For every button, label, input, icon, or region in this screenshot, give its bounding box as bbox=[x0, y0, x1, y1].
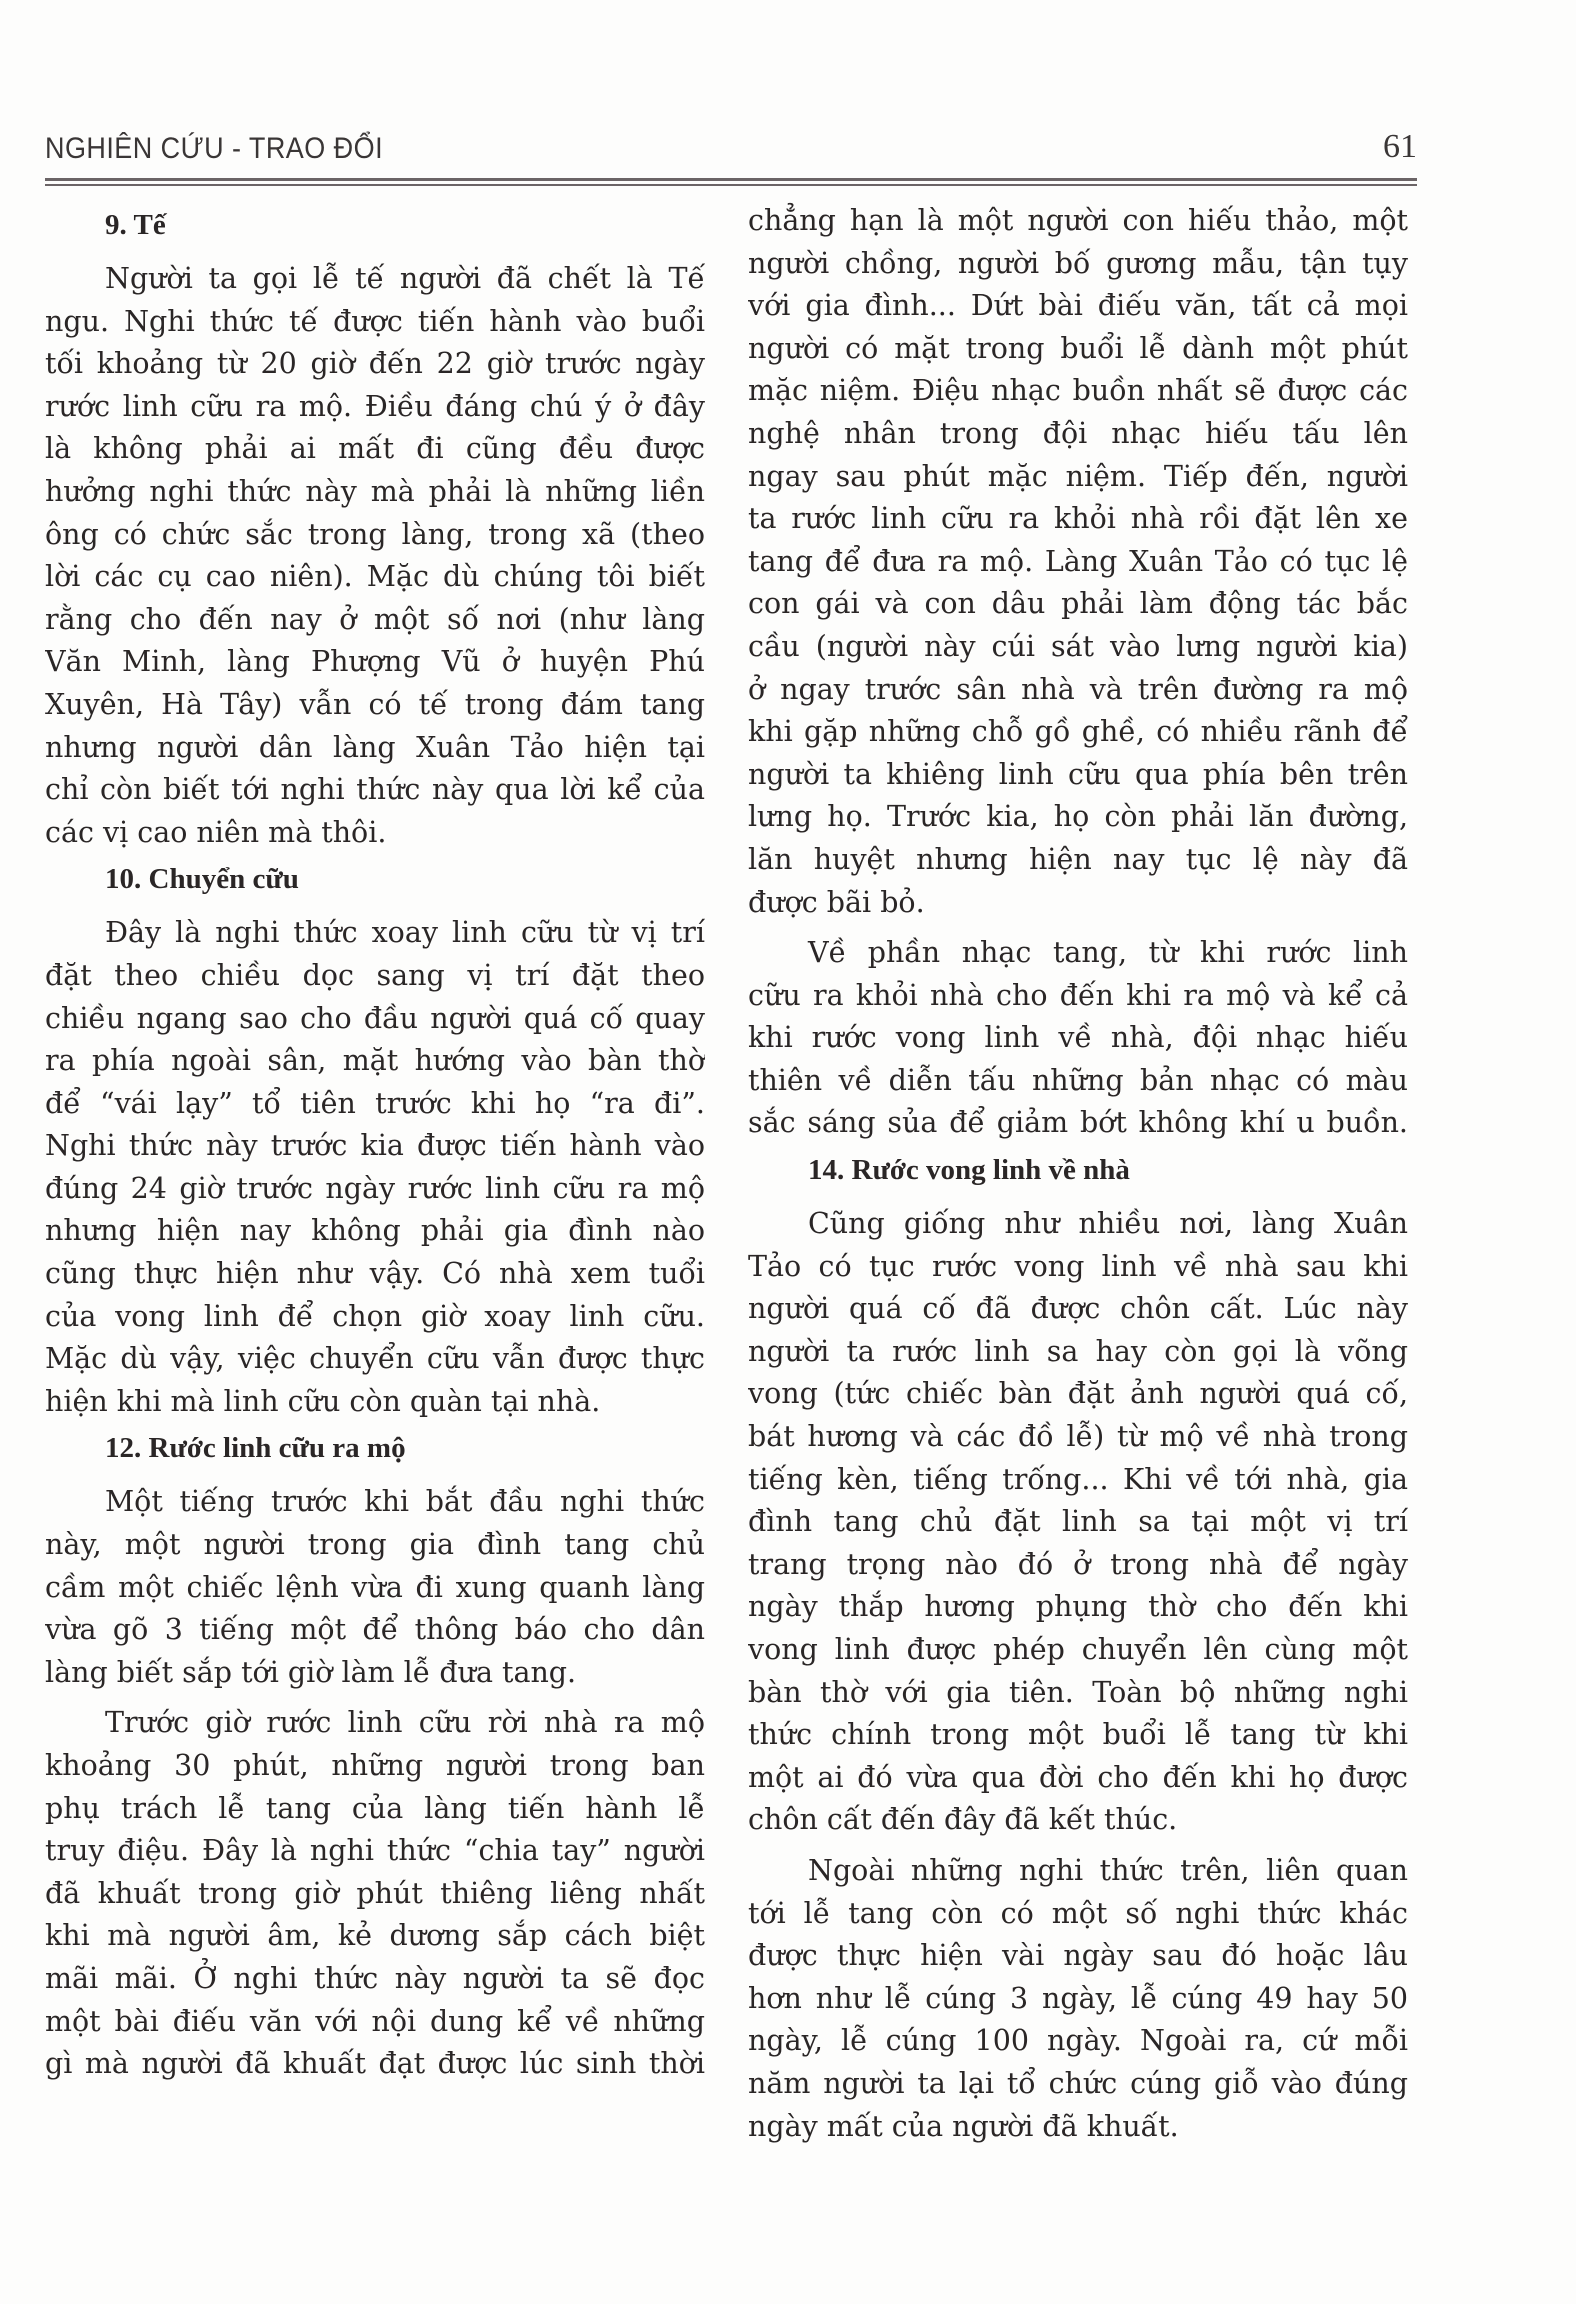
text-line: người quá cố đã được chôn cất. Lúc này bbox=[748, 1288, 1408, 1331]
text-line: vong (tức chiếc bàn đặt ảnh người quá cố… bbox=[748, 1373, 1408, 1416]
text-line-content: sắc sáng sủa để giảm bớt không khí u buồ… bbox=[748, 1102, 1408, 1145]
paragraph-te: Người ta gọi lễ tế người đã chết là Tế n… bbox=[45, 258, 705, 854]
paragraph-closing: Ngoài những nghi thức trên, liên quan tớ… bbox=[748, 1850, 1408, 2148]
text-line-content: cữu ra khỏi nhà cho đến khi ra mộ và kể … bbox=[748, 975, 1408, 1018]
text-line-content: Cũng giống như nhiều nơi, làng Xuân bbox=[808, 1203, 1408, 1246]
spacer bbox=[748, 1195, 1408, 1203]
text-line-content: Về phần nhạc tang, từ khi rước linh bbox=[808, 932, 1408, 975]
text-line-content: người ta rước linh sa hay còn gọi là võn… bbox=[748, 1331, 1408, 1374]
text-line: trang trọng nào đó ở trong nhà để ngày bbox=[748, 1544, 1408, 1587]
text-line-content: chiều ngang sao cho đầu người quá cố qua… bbox=[45, 998, 705, 1041]
text-line-content: các vị cao niên mà thôi. bbox=[45, 812, 705, 855]
text-line-content: một ai đó vừa qua đời cho đến khi họ đượ… bbox=[748, 1757, 1408, 1800]
text-line: một bài điếu văn với nội dung kể về nhữn… bbox=[45, 2001, 705, 2044]
text-line: Đây là nghi thức xoay linh cữu từ vị trí bbox=[45, 912, 705, 955]
text-line: Người ta gọi lễ tế người đã chết là Tế bbox=[45, 258, 705, 301]
text-line: tới lễ tang còn có một số nghi thức khác bbox=[748, 1893, 1408, 1936]
text-line: chẳng hạn là một người con hiếu thảo, mộ… bbox=[748, 200, 1408, 243]
spacer bbox=[45, 904, 705, 912]
text-line: Tảo có tục rước vong linh về nhà sau khi bbox=[748, 1246, 1408, 1289]
text-line: các vị cao niên mà thôi. bbox=[45, 812, 705, 855]
text-line-content: tới lễ tang còn có một số nghi thức khác bbox=[748, 1893, 1408, 1936]
text-line-content: khi gặp những chỗ gồ ghề, có nhiều rãnh … bbox=[748, 711, 1408, 754]
text-line: con gái và con dâu phải làm động tác bắc bbox=[748, 583, 1408, 626]
section-heading-10: 10. Chuyển cữu bbox=[45, 854, 705, 904]
text-line: mặc niệm. Điệu nhạc buồn nhất sẽ được cá… bbox=[748, 370, 1408, 413]
text-line-content: cầu (người này cúi sát vào lưng người ki… bbox=[748, 626, 1408, 669]
text-line: ra phía ngoài sân, mặt hướng vào bàn thờ bbox=[45, 1040, 705, 1083]
text-line-content: khi mà người âm, kẻ dương sắp cách biệt bbox=[45, 1915, 705, 1958]
text-line: người ta rước linh sa hay còn gọi là võn… bbox=[748, 1331, 1408, 1374]
text-line: người ta khiêng linh cữu qua phía bên tr… bbox=[748, 754, 1408, 797]
text-line: ngày mất của người đã khuất. bbox=[748, 2106, 1408, 2149]
text-line-content: của vong linh để chọn giờ xoay linh cữu. bbox=[45, 1296, 705, 1339]
text-line: khi mà người âm, kẻ dương sắp cách biệt bbox=[45, 1915, 705, 1958]
text-line: lăn huyệt nhưng hiện nay tục lệ này đã bbox=[748, 839, 1408, 882]
text-line-content: được bãi bỏ. bbox=[748, 882, 1408, 925]
text-line-content: Mặc dù vậy, việc chuyển cữu vẫn được thự… bbox=[45, 1338, 705, 1381]
text-line: Mặc dù vậy, việc chuyển cữu vẫn được thự… bbox=[45, 1338, 705, 1381]
paragraph-nhac-tang: Về phần nhạc tang, từ khi rước linh cữu … bbox=[748, 932, 1408, 1145]
text-line-content: bát hương và các đồ lễ) từ mộ về nhà tro… bbox=[748, 1416, 1408, 1459]
text-line-content: được thực hiện vài ngày sau đó hoặc lâu bbox=[748, 1935, 1408, 1978]
text-line: hiện khi mà linh cữu còn quàn tại nhà. bbox=[45, 1381, 705, 1424]
text-line: chỉ còn biết tới nghi thức này qua lời k… bbox=[45, 769, 705, 812]
text-line-content: nhưng hiện nay không phải gia đình nào bbox=[45, 1210, 705, 1253]
text-line: tiếng kèn, tiếng trống... Khi về tới nhà… bbox=[748, 1459, 1408, 1502]
text-line: bát hương và các đồ lễ) từ mộ về nhà tro… bbox=[748, 1416, 1408, 1459]
text-line-content: rằng cho đến nay ở một số nơi (như làng bbox=[45, 599, 705, 642]
text-line: lưng họ. Trước kia, họ còn phải lăn đườn… bbox=[748, 796, 1408, 839]
text-line: sắc sáng sủa để giảm bớt không khí u buồ… bbox=[748, 1102, 1408, 1145]
text-line: này, một người trong gia đình tang chủ bbox=[45, 1524, 705, 1567]
text-line: Văn Minh, làng Phượng Vũ ở huyện Phú bbox=[45, 641, 705, 684]
text-line: khi gặp những chỗ gồ ghề, có nhiều rãnh … bbox=[748, 711, 1408, 754]
text-line: với gia đình... Dứt bài điếu văn, tất cả… bbox=[748, 285, 1408, 328]
spacer bbox=[45, 1473, 705, 1481]
text-line: đình tang chủ đặt linh sa tại một vị trí bbox=[748, 1501, 1408, 1544]
text-line-content: ngày thắp hương phụng thờ cho đến khi bbox=[748, 1586, 1408, 1629]
paragraph-ruoc-linh-cuu-2: Trước giờ rước linh cữu rời nhà ra mộ kh… bbox=[45, 1702, 705, 2085]
text-line-content: vong (tức chiếc bàn đặt ảnh người quá cố… bbox=[748, 1373, 1408, 1416]
text-line: hơn như lễ cúng 3 ngày, lễ cúng 49 hay 5… bbox=[748, 1978, 1408, 2021]
text-line-content: chôn cất đến đây đã kết thúc. bbox=[748, 1799, 1408, 1842]
text-line: Một tiếng trước khi bắt đầu nghi thức bbox=[45, 1481, 705, 1524]
right-column: chẳng hạn là một người con hiếu thảo, mộ… bbox=[748, 200, 1408, 2148]
text-line: Cũng giống như nhiều nơi, làng Xuân bbox=[748, 1203, 1408, 1246]
text-line-content: một bài điếu văn với nội dung kể về nhữn… bbox=[45, 2001, 705, 2044]
text-line-content: Ngoài những nghi thức trên, liên quan bbox=[808, 1850, 1408, 1893]
section-heading-9: 9. Tế bbox=[45, 200, 705, 250]
text-line: của vong linh để chọn giờ xoay linh cữu. bbox=[45, 1296, 705, 1339]
text-line-content: rước linh cữu ra mộ. Điều đáng chú ý ở đ… bbox=[45, 386, 705, 429]
text-line-content: đặt theo chiều dọc sang vị trí đặt theo bbox=[45, 955, 705, 998]
text-line: nhưng hiện nay không phải gia đình nào bbox=[45, 1210, 705, 1253]
text-line-content: Xuyên, Hà Tây) vẫn có tế trong đám tang bbox=[45, 684, 705, 727]
text-line: ngày thắp hương phụng thờ cho đến khi bbox=[748, 1586, 1408, 1629]
section-heading-12: 12. Rước linh cữu ra mộ bbox=[45, 1423, 705, 1473]
header-rule-thick bbox=[45, 178, 1417, 181]
text-line-content: Nghi thức này trước kia được tiến hành v… bbox=[45, 1125, 705, 1168]
text-line-content: ông có chức sắc trong làng, trong xã (th… bbox=[45, 514, 705, 557]
paragraph-ruoc-linh-cuu-1: Một tiếng trước khi bắt đầu nghi thức nà… bbox=[45, 1481, 705, 1694]
text-line-content: nhưng người dân làng Xuân Tảo hiện tại bbox=[45, 727, 705, 770]
header-rule-thin bbox=[45, 184, 1417, 186]
paragraph-chuyen-cuu: Đây là nghi thức xoay linh cữu từ vị trí… bbox=[45, 912, 705, 1423]
text-line-content: người ta khiêng linh cữu qua phía bên tr… bbox=[748, 754, 1408, 797]
text-line-content: gì mà người đã khuất đạt được lúc sinh t… bbox=[45, 2043, 705, 2086]
text-line-content: Người ta gọi lễ tế người đã chết là Tế bbox=[105, 258, 705, 301]
text-line-content: vừa gõ 3 tiếng một để thông báo cho dân bbox=[45, 1609, 705, 1652]
text-line-content: Trước giờ rước linh cữu rời nhà ra mộ bbox=[105, 1702, 705, 1745]
text-line-content: đúng 24 giờ trước ngày rước linh cữu ra … bbox=[45, 1168, 705, 1211]
spacer bbox=[45, 1694, 705, 1702]
text-line-content: ta rước linh cữu ra khỏi nhà rồi đặt lên… bbox=[748, 498, 1408, 541]
text-line: rằng cho đến nay ở một số nơi (như làng bbox=[45, 599, 705, 642]
text-line: vong linh được phép chuyển lên cùng một bbox=[748, 1629, 1408, 1672]
text-line: cũng thực hiện như vậy. Có nhà xem tuổi bbox=[45, 1253, 705, 1296]
section-heading-14: 14. Rước vong linh về nhà bbox=[748, 1145, 1408, 1195]
text-line: để “vái lạy” tổ tiên trước khi họ “ra đi… bbox=[45, 1083, 705, 1126]
text-line-content: với gia đình... Dứt bài điếu văn, tất cả… bbox=[748, 285, 1408, 328]
text-line-content: người quá cố đã được chôn cất. Lúc này bbox=[748, 1288, 1408, 1331]
text-line: nhưng người dân làng Xuân Tảo hiện tại bbox=[45, 727, 705, 770]
text-line-content: ra phía ngoài sân, mặt hướng vào bàn thờ bbox=[45, 1040, 705, 1083]
text-line-content: bàn thờ với gia tiên. Toàn bộ những nghi bbox=[748, 1672, 1408, 1715]
text-line: Ngoài những nghi thức trên, liên quan bbox=[748, 1850, 1408, 1893]
text-line-content: thức chính trong một buổi lễ tang từ khi bbox=[748, 1714, 1408, 1757]
text-line-content: khoảng 30 phút, những người trong ban bbox=[45, 1745, 705, 1788]
text-line: ngày, lễ cúng 100 ngày. Ngoài ra, cứ mỗi bbox=[748, 2020, 1408, 2063]
text-line-content: lưng họ. Trước kia, họ còn phải lăn đườn… bbox=[748, 796, 1408, 839]
text-line-content: làng biết sắp tới giờ làm lễ đưa tang. bbox=[45, 1652, 705, 1695]
text-line-content: chỉ còn biết tới nghi thức này qua lời k… bbox=[45, 769, 705, 812]
text-line: thức chính trong một buổi lễ tang từ khi bbox=[748, 1714, 1408, 1757]
text-line: ở ngay trước sân nhà và trên đường ra mộ bbox=[748, 669, 1408, 712]
text-line-content: truy điệu. Đây là nghi thức “chia tay” n… bbox=[45, 1830, 705, 1873]
text-line: khi rước vong linh về nhà, đội nhạc hiếu bbox=[748, 1017, 1408, 1060]
spacer bbox=[748, 1842, 1408, 1850]
text-line-content: thiên về diễn tấu những bản nhạc có màu bbox=[748, 1060, 1408, 1103]
text-line: được bãi bỏ. bbox=[748, 882, 1408, 925]
text-line-content: ở ngay trước sân nhà và trên đường ra mộ bbox=[748, 669, 1408, 712]
text-line-content: tiếng kèn, tiếng trống... Khi về tới nhà… bbox=[748, 1459, 1408, 1502]
text-line-content: con gái và con dâu phải làm động tác bắc bbox=[748, 583, 1408, 626]
text-line-content: cũng thực hiện như vậy. Có nhà xem tuổi bbox=[45, 1253, 705, 1296]
text-line: là không phải ai mất đi cũng đều được bbox=[45, 428, 705, 471]
text-line: Trước giờ rước linh cữu rời nhà ra mộ bbox=[45, 1702, 705, 1745]
text-line: làng biết sắp tới giờ làm lễ đưa tang. bbox=[45, 1652, 705, 1695]
text-line: truy điệu. Đây là nghi thức “chia tay” n… bbox=[45, 1830, 705, 1873]
text-line-content: người có mặt trong buổi lễ dành một phút bbox=[748, 328, 1408, 371]
text-line: lời các cụ cao niên). Mặc dù chúng tôi b… bbox=[45, 556, 705, 599]
text-line: phụ trách lễ tang của làng tiến hành lễ bbox=[45, 1788, 705, 1831]
text-line-content: phụ trách lễ tang của làng tiến hành lễ bbox=[45, 1788, 705, 1831]
paragraph-continuation: chẳng hạn là một người con hiếu thảo, mộ… bbox=[748, 200, 1408, 924]
spacer bbox=[45, 250, 705, 258]
text-line-content: ngay sau phút mặc niệm. Tiếp đến, người bbox=[748, 456, 1408, 499]
text-line: một ai đó vừa qua đời cho đến khi họ đượ… bbox=[748, 1757, 1408, 1800]
text-line: cầu (người này cúi sát vào lưng người ki… bbox=[748, 626, 1408, 669]
text-line-content: Đây là nghi thức xoay linh cữu từ vị trí bbox=[105, 912, 705, 955]
text-line-content: lời các cụ cao niên). Mặc dù chúng tôi b… bbox=[45, 556, 705, 599]
text-line: khoảng 30 phút, những người trong ban bbox=[45, 1745, 705, 1788]
text-line-content: mãi mãi. Ở nghi thức này người ta sẽ đọc bbox=[45, 1958, 705, 2001]
text-line: đúng 24 giờ trước ngày rước linh cữu ra … bbox=[45, 1168, 705, 1211]
text-line-content: người chồng, người bố gương mẫu, tận tụy bbox=[748, 243, 1408, 286]
text-line: ngu. Nghi thức tế được tiến hành vào buổ… bbox=[45, 301, 705, 344]
text-line-content: này, một người trong gia đình tang chủ bbox=[45, 1524, 705, 1567]
section-title: NGHIÊN CỨU - TRAO ĐỔI bbox=[45, 132, 383, 166]
text-line: chiều ngang sao cho đầu người quá cố qua… bbox=[45, 998, 705, 1041]
text-line: thiên về diễn tấu những bản nhạc có màu bbox=[748, 1060, 1408, 1103]
text-line: tối khoảng từ 20 giờ đến 22 giờ trước ng… bbox=[45, 343, 705, 386]
text-line: cầm một chiếc lệnh vừa đi xung quanh làn… bbox=[45, 1567, 705, 1610]
text-line-content: để “vái lạy” tổ tiên trước khi họ “ra đi… bbox=[45, 1083, 705, 1126]
text-line-content: Tảo có tục rước vong linh về nhà sau khi bbox=[748, 1246, 1408, 1289]
text-line-content: ngày mất của người đã khuất. bbox=[748, 2106, 1408, 2149]
text-line: cữu ra khỏi nhà cho đến khi ra mộ và kể … bbox=[748, 975, 1408, 1018]
text-line: rước linh cữu ra mộ. Điều đáng chú ý ở đ… bbox=[45, 386, 705, 429]
text-line: ngay sau phút mặc niệm. Tiếp đến, người bbox=[748, 456, 1408, 499]
text-line-content: năm người ta lại tổ chức cúng giỗ vào đú… bbox=[748, 2063, 1408, 2106]
text-line: chôn cất đến đây đã kết thúc. bbox=[748, 1799, 1408, 1842]
text-line-content: lăn huyệt nhưng hiện nay tục lệ này đã bbox=[748, 839, 1408, 882]
text-line-content: hiện khi mà linh cữu còn quàn tại nhà. bbox=[45, 1381, 705, 1424]
text-line: ông có chức sắc trong làng, trong xã (th… bbox=[45, 514, 705, 557]
text-line-content: cầm một chiếc lệnh vừa đi xung quanh làn… bbox=[45, 1567, 705, 1610]
text-line-content: khi rước vong linh về nhà, đội nhạc hiếu bbox=[748, 1017, 1408, 1060]
text-line-content: đình tang chủ đặt linh sa tại một vị trí bbox=[748, 1501, 1408, 1544]
spacer bbox=[748, 924, 1408, 932]
text-line-content: vong linh được phép chuyển lên cùng một bbox=[748, 1629, 1408, 1672]
text-line: bàn thờ với gia tiên. Toàn bộ những nghi bbox=[748, 1672, 1408, 1715]
paragraph-ruoc-vong-linh: Cũng giống như nhiều nơi, làng Xuân Tảo … bbox=[748, 1203, 1408, 1842]
text-line: mãi mãi. Ở nghi thức này người ta sẽ đọc bbox=[45, 1958, 705, 2001]
text-line: gì mà người đã khuất đạt được lúc sinh t… bbox=[45, 2043, 705, 2086]
text-line-content: nghệ nhân trong đội nhạc hiếu tấu lên bbox=[748, 413, 1408, 456]
left-column: 9. Tế Người ta gọi lễ tế người đã chết l… bbox=[45, 200, 705, 2086]
text-line: người chồng, người bố gương mẫu, tận tụy bbox=[748, 243, 1408, 286]
text-line-content: hơn như lễ cúng 3 ngày, lễ cúng 49 hay 5… bbox=[748, 1978, 1408, 2021]
page-number: 61 bbox=[1383, 128, 1417, 166]
text-line: đặt theo chiều dọc sang vị trí đặt theo bbox=[45, 955, 705, 998]
text-line-content: đã khuất trong giờ phút thiêng liêng nhấ… bbox=[45, 1873, 705, 1916]
text-line-content: tang để đưa ra mộ. Làng Xuân Tảo có tục … bbox=[748, 541, 1408, 584]
text-line: Về phần nhạc tang, từ khi rước linh bbox=[748, 932, 1408, 975]
text-line-content: ngày, lễ cúng 100 ngày. Ngoài ra, cứ mỗi bbox=[748, 2020, 1408, 2063]
text-line-content: ngu. Nghi thức tế được tiến hành vào buổ… bbox=[45, 301, 705, 344]
text-line: đã khuất trong giờ phút thiêng liêng nhấ… bbox=[45, 1873, 705, 1916]
text-line: nghệ nhân trong đội nhạc hiếu tấu lên bbox=[748, 413, 1408, 456]
text-line: tang để đưa ra mộ. Làng Xuân Tảo có tục … bbox=[748, 541, 1408, 584]
text-line-content: chẳng hạn là một người con hiếu thảo, mộ… bbox=[748, 200, 1408, 243]
text-line-content: mặc niệm. Điệu nhạc buồn nhất sẽ được cá… bbox=[748, 370, 1408, 413]
text-line-content: tối khoảng từ 20 giờ đến 22 giờ trước ng… bbox=[45, 343, 705, 386]
text-line-content: Văn Minh, làng Phượng Vũ ở huyện Phú bbox=[45, 641, 705, 684]
text-line: Nghi thức này trước kia được tiến hành v… bbox=[45, 1125, 705, 1168]
running-header: NGHIÊN CỨU - TRAO ĐỔI 61 bbox=[45, 128, 1417, 176]
text-line-content: là không phải ai mất đi cũng đều được bbox=[45, 428, 705, 471]
text-line-content: Một tiếng trước khi bắt đầu nghi thức bbox=[105, 1481, 705, 1524]
text-line-content: hưởng nghi thức này mà phải là những liề… bbox=[45, 471, 705, 514]
text-line: hưởng nghi thức này mà phải là những liề… bbox=[45, 471, 705, 514]
text-line: người có mặt trong buổi lễ dành một phút bbox=[748, 328, 1408, 371]
text-line: Xuyên, Hà Tây) vẫn có tế trong đám tang bbox=[45, 684, 705, 727]
text-line: ta rước linh cữu ra khỏi nhà rồi đặt lên… bbox=[748, 498, 1408, 541]
text-line: được thực hiện vài ngày sau đó hoặc lâu bbox=[748, 1935, 1408, 1978]
text-line-content: trang trọng nào đó ở trong nhà để ngày bbox=[748, 1544, 1408, 1587]
text-line: vừa gõ 3 tiếng một để thông báo cho dân bbox=[45, 1609, 705, 1652]
text-line: năm người ta lại tổ chức cúng giỗ vào đú… bbox=[748, 2063, 1408, 2106]
